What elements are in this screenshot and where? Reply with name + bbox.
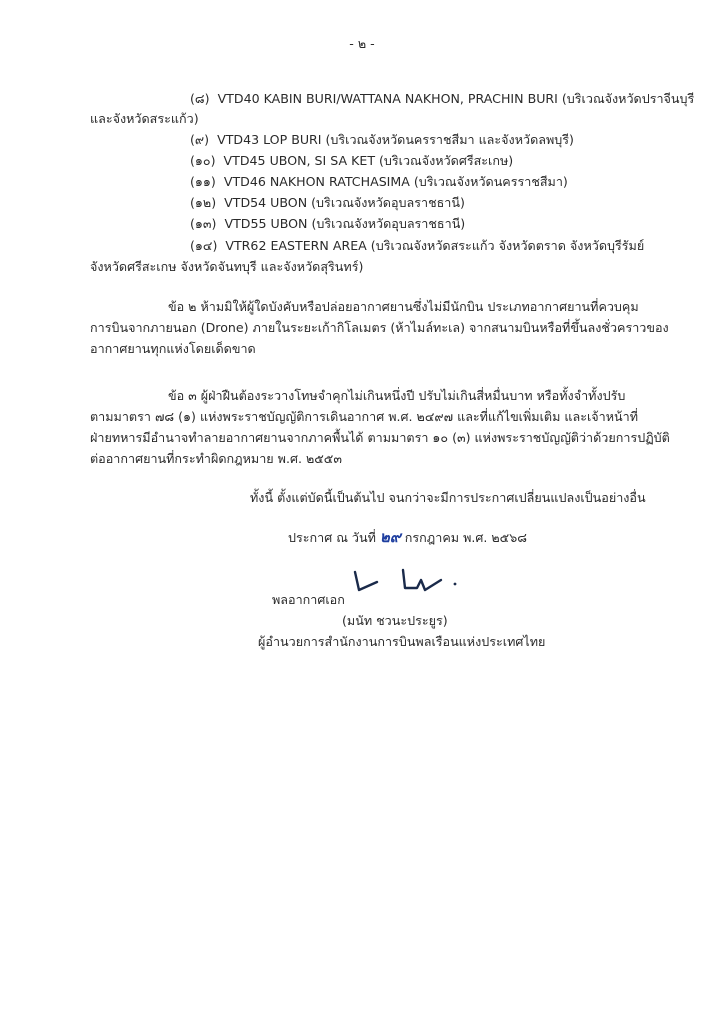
item-number: (๑๐) bbox=[190, 153, 216, 168]
item-text: VTD40 KABIN BURI/WATTANA NAKHON, PRACHIN… bbox=[218, 91, 695, 106]
announcement-date: ประกาศ ณ วันที่ ๒๙ กรกฎาคม พ.ศ. ๒๕๖๘ bbox=[288, 527, 527, 548]
item-text: VTR62 EASTERN AREA (บริเวณจังหวัดสระแก้ว… bbox=[225, 238, 644, 253]
item-number: (๑๓) bbox=[190, 216, 216, 231]
item-text: VTD46 NAKHON RATCHASIMA (บริเวณจังหวัดนค… bbox=[224, 174, 568, 189]
signature-scribble bbox=[345, 564, 465, 604]
clause-2-line-3: อากาศยานทุกแห่งโดยเด็ดขาด bbox=[90, 339, 256, 359]
list-item-12: (๑๒) VTD54 UBON (บริเวณจังหวัดอุบลราชธาน… bbox=[190, 193, 465, 213]
list-item-8: (๘) VTD40 KABIN BURI/WATTANA NAKHON, PRA… bbox=[190, 89, 694, 109]
item-text: VTD54 UBON (บริเวณจังหวัดอุบลราชธานี) bbox=[224, 195, 465, 210]
date-suffix: กรกฎาคม พ.ศ. ๒๕๖๘ bbox=[405, 530, 527, 545]
document-page: - ๒ - (๘) VTD40 KABIN BURI/WATTANA NAKHO… bbox=[0, 0, 724, 1024]
item-text: VTD43 LOP BURI (บริเวณจังหวัดนครราชสีมา … bbox=[217, 132, 574, 147]
page-number: - ๒ - bbox=[0, 34, 724, 54]
item-number: (๑๒) bbox=[190, 195, 216, 210]
item-text: VTD55 UBON (บริเวณจังหวัดอุบลราชธานี) bbox=[224, 216, 465, 231]
item-number: (๑๔) bbox=[190, 238, 217, 253]
clause-2-line-2: การบินจากภายนอก (Drone) ภายในระยะเก้ากิโ… bbox=[90, 318, 669, 338]
list-item-13: (๑๓) VTD55 UBON (บริเวณจังหวัดอุบลราชธาน… bbox=[190, 214, 465, 234]
signatory-name: (มนัท ชวนะประยูร) bbox=[342, 611, 448, 631]
clause-3-line-3: ฝ่ายทหารมีอำนาจทำลายอากาศยานจากภาคพื้นได… bbox=[90, 428, 670, 448]
clause-3-line-2: ตามมาตรา ๗๘ (๑) แห่งพระราชบัญญัติการเดิน… bbox=[90, 407, 638, 427]
item-number: (๙) bbox=[190, 132, 209, 147]
item-number: (๘) bbox=[190, 91, 210, 106]
list-item-14-cont: จังหวัดศรีสะเกษ จังหวัดจันทบุรี และจังหว… bbox=[90, 257, 363, 277]
handwritten-day: ๒๙ bbox=[380, 528, 401, 546]
clause-3-line-4: ต่ออากาศยานที่กระทำผิดกฎหมาย พ.ศ. ๒๕๕๓ bbox=[90, 449, 342, 469]
list-item-14: (๑๔) VTR62 EASTERN AREA (บริเวณจังหวัดสร… bbox=[190, 236, 644, 256]
list-item-9: (๙) VTD43 LOP BURI (บริเวณจังหวัดนครราชส… bbox=[190, 130, 574, 150]
effective-statement: ทั้งนี้ ตั้งแต่บัดนี้เป็นต้นไป จนกว่าจะม… bbox=[250, 488, 646, 508]
signatory-title: ผู้อำนวยการสำนักงานการบินพลเรือนแห่งประเ… bbox=[258, 632, 545, 652]
list-item-8-cont: และจังหวัดสระแก้ว) bbox=[90, 109, 199, 129]
list-item-11: (๑๑) VTD46 NAKHON RATCHASIMA (บริเวณจังห… bbox=[190, 172, 568, 192]
list-item-10: (๑๐) VTD45 UBON, SI SA KET (บริเวณจังหวั… bbox=[190, 151, 513, 171]
signatory-rank: พลอากาศเอก bbox=[272, 590, 345, 610]
signature-icon bbox=[345, 564, 465, 604]
clause-3-line-1: ข้อ ๓ ผู้ฝ่าฝืนต้องระวางโทษจำคุกไม่เกินห… bbox=[168, 386, 625, 406]
item-number: (๑๑) bbox=[190, 174, 216, 189]
clause-2-line-1: ข้อ ๒ ห้ามมิให้ผู้ใดบังคับหรือปล่อยอากาศ… bbox=[168, 297, 639, 317]
date-prefix: ประกาศ ณ วันที่ bbox=[288, 530, 376, 545]
item-text: VTD45 UBON, SI SA KET (บริเวณจังหวัดศรีส… bbox=[224, 153, 514, 168]
